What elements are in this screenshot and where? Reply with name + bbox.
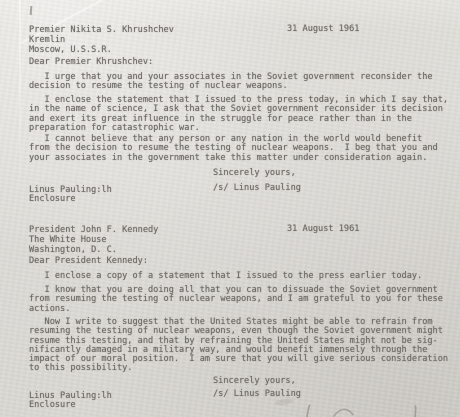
pencil-smudge	[275, 398, 294, 406]
paragraph: I know that you are doing all that you c…	[29, 286, 443, 314]
letter-kennedy: President John F. Kennedy The White Hous…	[0, 0, 460, 417]
salutation: Dear President Kennedy:	[29, 257, 148, 266]
paragraph: I enclose a copy of a statement that I i…	[29, 272, 422, 281]
pencil-stroke	[334, 409, 353, 416]
pencil-scribble-marks	[0, 397, 460, 417]
recipient-address: President John F. Kennedy The White Hous…	[29, 225, 158, 255]
pencil-stroke	[415, 406, 416, 417]
letter-date: 31 August 1961	[287, 225, 359, 234]
letter-page: Premier Nikita S. Khrushchev Kremlin Mos…	[0, 0, 460, 417]
closing: Sincerely yours,	[213, 377, 296, 386]
pencil-stroke	[307, 406, 310, 417]
paragraph: Now I write to suggest that the United S…	[29, 318, 448, 374]
